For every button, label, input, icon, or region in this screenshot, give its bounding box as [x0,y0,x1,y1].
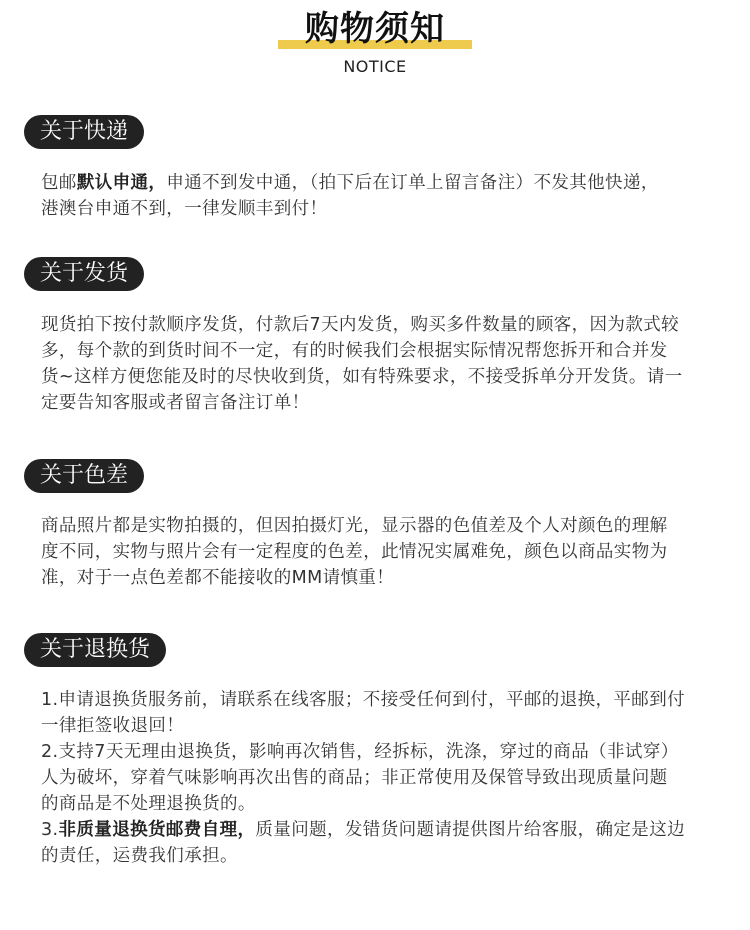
emphasis-text: 非质量退换货邮费自理， [59,820,256,840]
page-subtitle: NOTICE [0,57,750,77]
text-line: 的责任，运费我们承担。 [41,843,731,869]
text-line: 3.非质量退换货邮费自理，质量问题，发错货问题请提供图片给客服，确定是这边 [41,817,731,843]
text-line: 准，对于一点色差都不能接收的MM请慎重！ [41,565,731,591]
text-line: 现货拍下按付款顺序发货，付款后7天内发货，购买多件数量的顾客，因为款式较 [41,312,731,338]
section-body-returns: 1.申请退换货服务前，请联系在线客服；不接受任何到付，平邮的退换，平邮到付 一律… [41,687,731,869]
text-line: 商品照片都是实物拍摄的，但因拍摄灯光，显示器的色值差及个人对颜色的理解 [41,513,731,539]
text-line: 定要告知客服或者留言备注订单！ [41,390,731,416]
text-line: 1.申请退换货服务前，请联系在线客服；不接受任何到付，平邮的退换，平邮到付 [41,687,731,713]
text-line: 一律拒签收退回！ [41,713,731,739]
section-heading-shipping-carrier: 关于快递 [24,115,144,149]
page-title: 购物须知 [0,6,750,52]
emphasis-text: 默认申通， [77,173,167,193]
section-heading-returns: 关于退换货 [24,633,166,667]
section-heading-color-difference: 关于色差 [24,459,144,493]
text-line: 多，每个款的到货时间不一定，有的时候我们会根据实际情况帮您拆开和合并发 [41,338,731,364]
section-body-shipping-carrier: 包邮默认申通，申通不到发中通，（拍下后在订单上留言备注）不发其他快递， 港澳台申… [41,170,731,222]
text-line: 货~这样方便您能及时的尽快收到货，如有特殊要求，不接受拆单分开发货。请一 [41,364,731,390]
section-body-color-difference: 商品照片都是实物拍摄的，但因拍摄灯光，显示器的色值差及个人对颜色的理解 度不同，… [41,513,731,591]
text-line: 港澳台申通不到，一律发顺丰到付！ [41,196,731,222]
text-line: 度不同，实物与照片会有一定程度的色差，此情况实属难免，颜色以商品实物为 [41,539,731,565]
text-line: 的商品是不处理退换货的。 [41,791,731,817]
section-heading-dispatch: 关于发货 [24,257,144,291]
text-line: 包邮默认申通，申通不到发中通，（拍下后在订单上留言备注）不发其他快递， [41,170,731,196]
text-line: 2.支持7天无理由退换货，影响再次销售，经拆标，洗涤，穿过的商品（非试穿） [41,739,731,765]
notice-header: 购物须知 NOTICE [0,0,750,90]
text-line: 人为破坏，穿着气味影响再次出售的商品；非正常使用及保管导致出现质量问题 [41,765,731,791]
section-body-dispatch: 现货拍下按付款顺序发货，付款后7天内发货，购买多件数量的顾客，因为款式较 多，每… [41,312,731,416]
